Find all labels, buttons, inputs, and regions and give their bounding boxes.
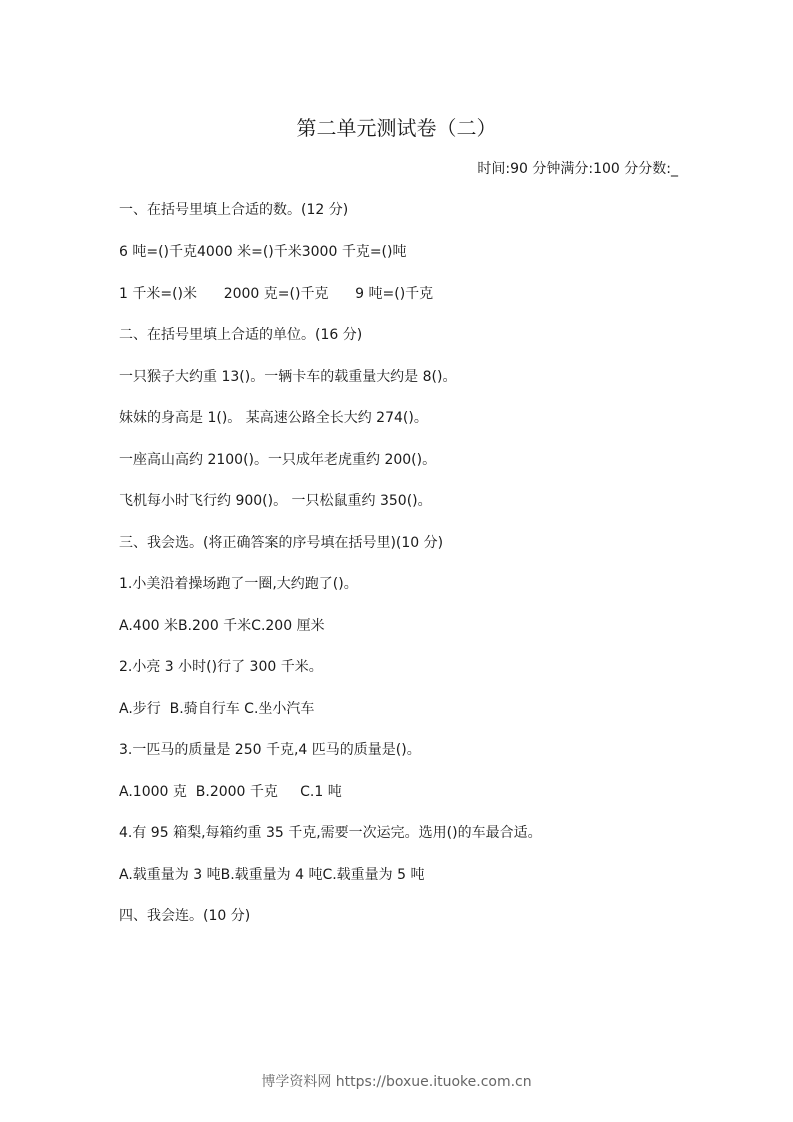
section-2-heading: 二、在括号里填上合适的单位。(16 分): [119, 324, 362, 344]
answer-options: A.400 米B.200 千米C.200 厘米: [119, 615, 325, 635]
section-3-heading: 三、我会选。(将正确答案的序号填在括号里)(10 分): [119, 532, 443, 552]
question-line: 4.有 95 箱梨,每箱约重 35 千克,需要一次运完。选用()的车最合适。: [119, 822, 542, 842]
question-line: 一座高山高约 2100()。一只成年老虎重约 200()。: [119, 449, 436, 469]
footer-watermark: 博学资料网 https://boxue.ituoke.com.cn: [0, 1071, 793, 1091]
question-line: 1 千米=()米 2000 克=()千克 9 吨=()千克: [119, 283, 433, 303]
answer-options: A.步行 B.骑自行车 C.坐小汽车: [119, 698, 314, 718]
exam-meta: 时间:90 分钟满分:100 分分数:_: [477, 158, 678, 178]
question-line: 1.小美沿着操场跑了一圈,大约跑了()。: [119, 573, 358, 593]
answer-options: A.1000 克 B.2000 千克 C.1 吨: [119, 781, 342, 801]
question-line: 妹妹的身高是 1()。 某高速公路全长大约 274()。: [119, 407, 428, 427]
question-line: 3.一匹马的质量是 250 千克,4 匹马的质量是()。: [119, 739, 421, 759]
question-line: 2.小亮 3 小时()行了 300 千米。: [119, 656, 323, 676]
question-line: 飞机每小时飞行约 900()。 一只松鼠重约 350()。: [119, 490, 432, 510]
section-1-heading: 一、在括号里填上合适的数。(12 分): [119, 199, 348, 219]
section-4-heading: 四、我会连。(10 分): [119, 905, 250, 925]
page-title: 第二单元测试卷（二）: [0, 112, 793, 141]
question-line: 6 吨=()千克4000 米=()千米3000 千克=()吨: [119, 241, 406, 261]
answer-options: A.载重量为 3 吨B.载重量为 4 吨C.载重量为 5 吨: [119, 864, 424, 884]
question-line: 一只猴子大约重 13()。一辆卡车的载重量大约是 8()。: [119, 366, 456, 386]
